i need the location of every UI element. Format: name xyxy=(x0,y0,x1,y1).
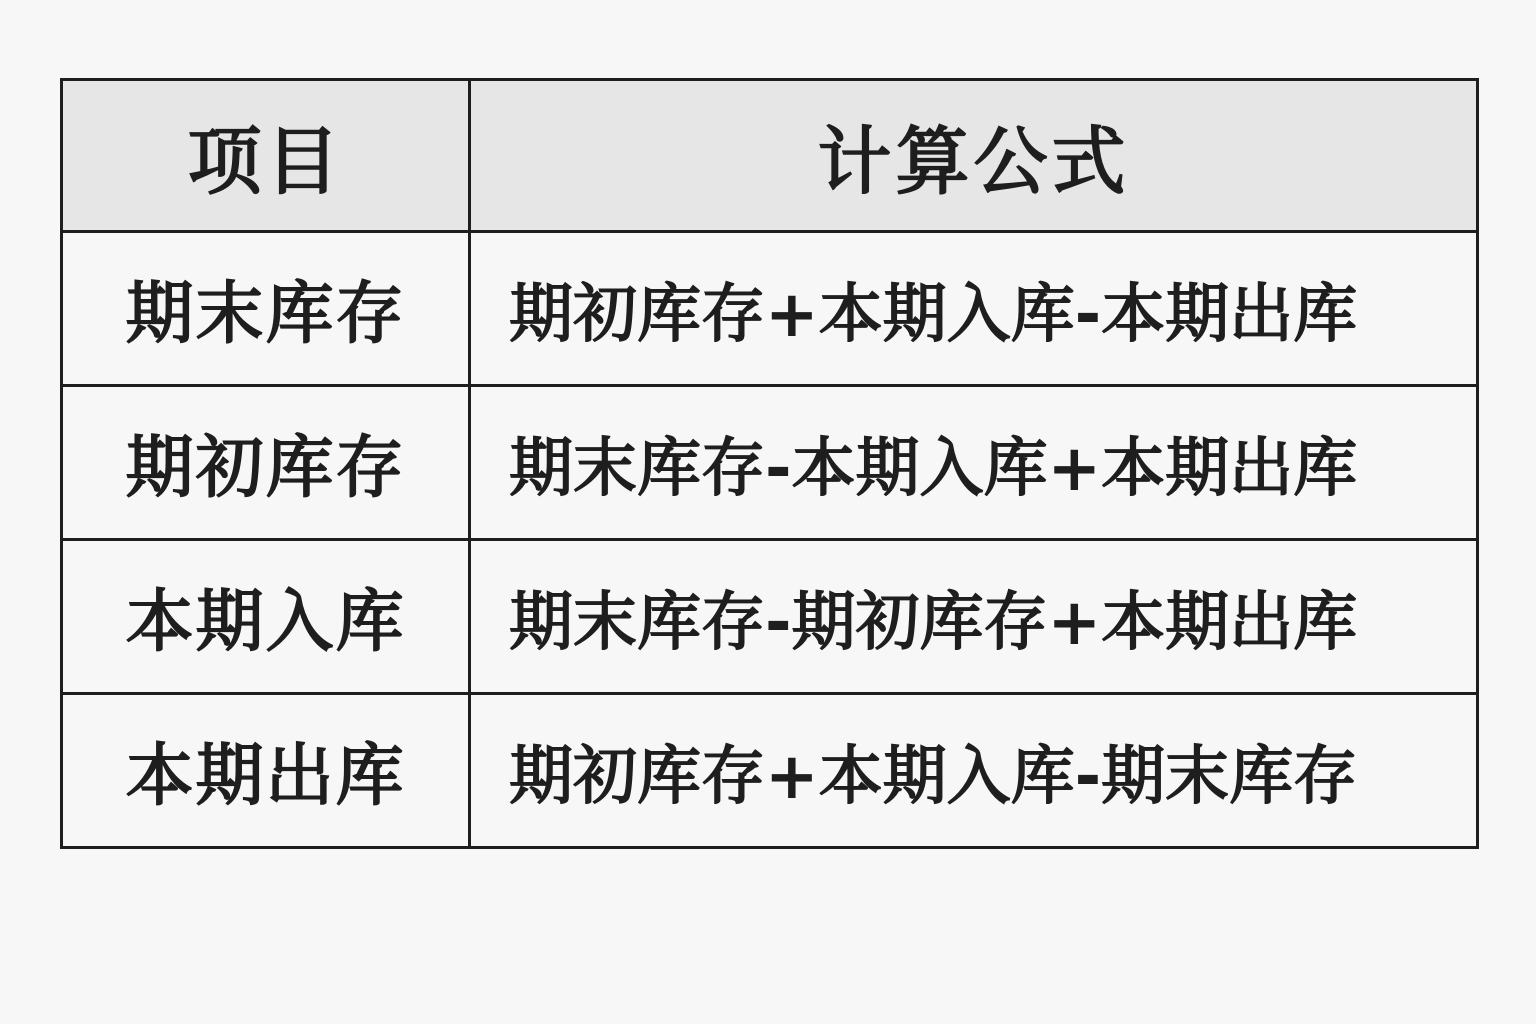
header-row: 项目 计算公式 xyxy=(62,80,1478,232)
row-item-cell: 期末库存 xyxy=(62,232,470,386)
table-body: 期末库存 期初库存+本期入库-本期出库 期初库存 期末库存-本期入库+本期出库 … xyxy=(62,232,1478,848)
header-formula: 计算公式 xyxy=(470,80,1478,232)
row-formula-cell: 期末库存-本期入库+本期出库 xyxy=(470,386,1478,540)
inventory-formula-table-container: 项目 计算公式 期末库存 期初库存+本期入库-本期出库 期初库存 期末库存-本期… xyxy=(60,78,1476,849)
row-item-cell: 本期出库 xyxy=(62,694,470,848)
row-formula-cell: 期初库存+本期入库-期末库存 xyxy=(470,694,1478,848)
table-header: 项目 计算公式 xyxy=(62,80,1478,232)
row-formula-cell: 期末库存-期初库存+本期出库 xyxy=(470,540,1478,694)
table-row: 期初库存 期末库存-本期入库+本期出库 xyxy=(62,386,1478,540)
row-formula-cell: 期初库存+本期入库-本期出库 xyxy=(470,232,1478,386)
table-row: 期末库存 期初库存+本期入库-本期出库 xyxy=(62,232,1478,386)
table-row: 本期入库 期末库存-期初库存+本期出库 xyxy=(62,540,1478,694)
row-item-cell: 期初库存 xyxy=(62,386,470,540)
table-row: 本期出库 期初库存+本期入库-期末库存 xyxy=(62,694,1478,848)
row-item-cell: 本期入库 xyxy=(62,540,470,694)
header-item: 项目 xyxy=(62,80,470,232)
inventory-formula-table: 项目 计算公式 期末库存 期初库存+本期入库-本期出库 期初库存 期末库存-本期… xyxy=(60,78,1479,849)
